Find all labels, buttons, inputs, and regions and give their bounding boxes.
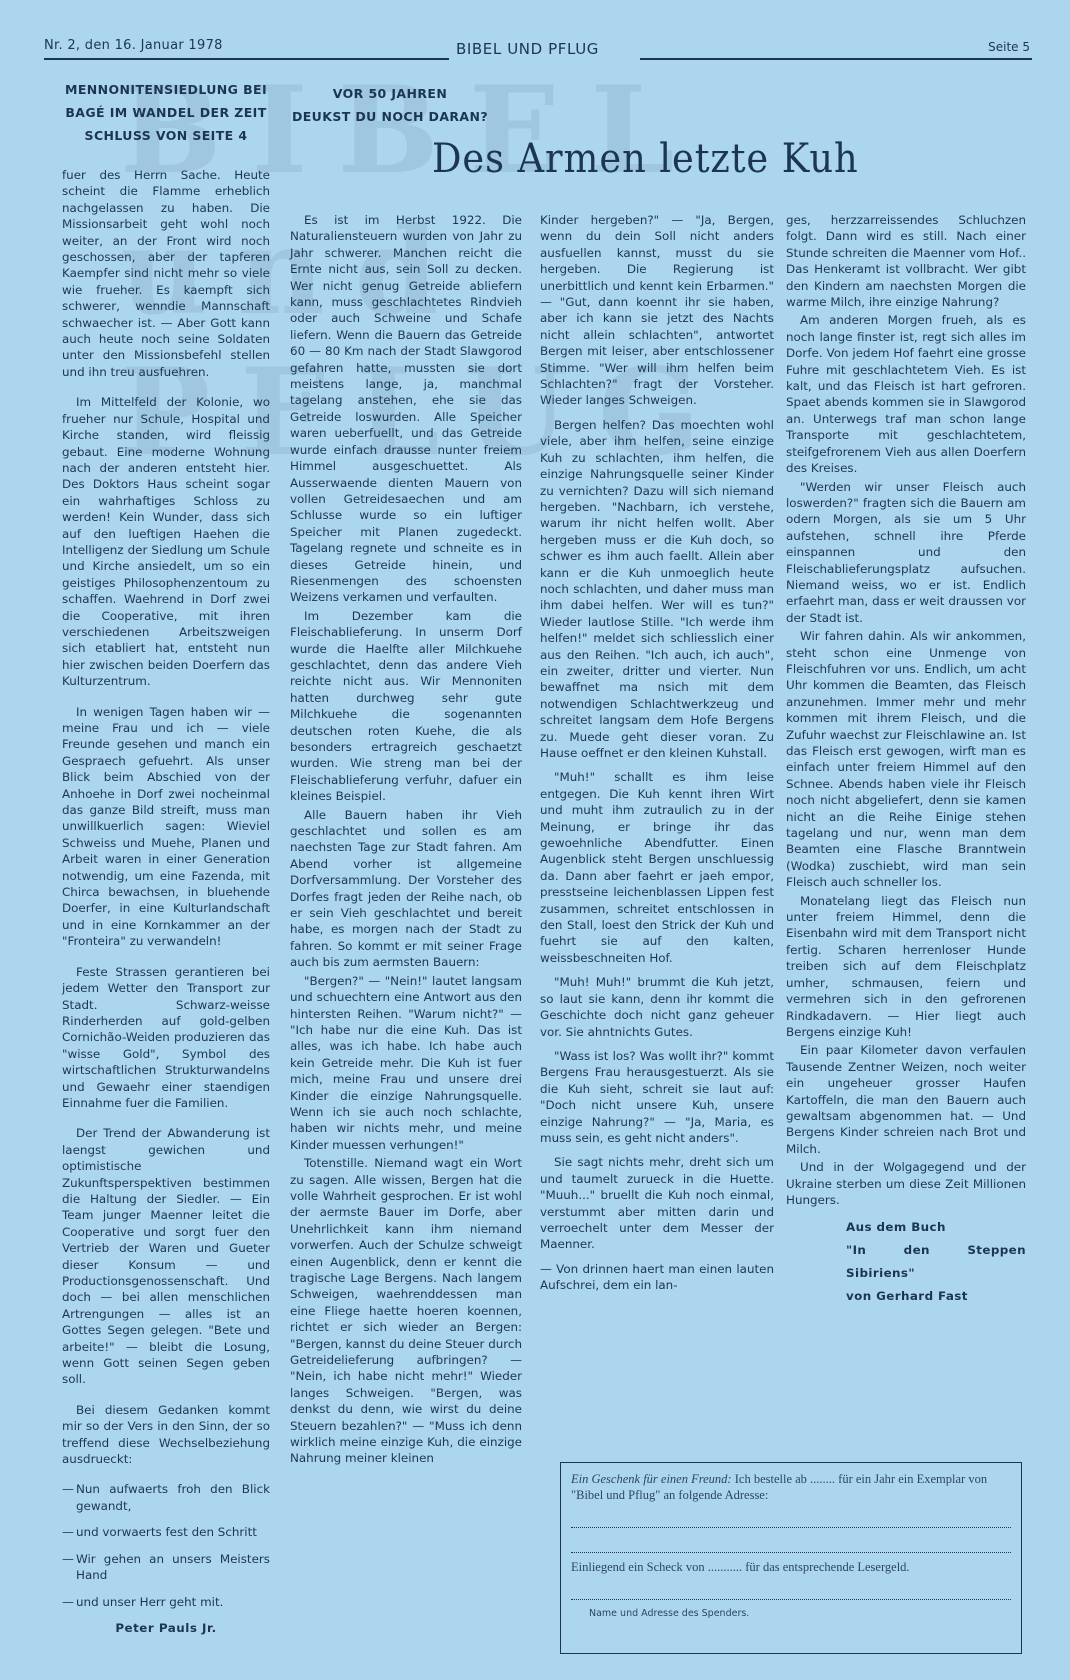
paragraph: Sie sagt nichts mehr, dreht sich um und … [540, 1154, 774, 1252]
gift-subscription-form: Ein Geschenk für einen Freund: Ich beste… [560, 1462, 1022, 1654]
verse-line: —und unser Herr geht mit. [62, 1594, 270, 1610]
source-line: von Gerhard Fast [846, 1285, 1026, 1308]
paragraph: "Muh!" schallt es ihm leise entgegen. Di… [540, 769, 774, 966]
source-line: "In den Steppen Sibiriens" [846, 1239, 1026, 1285]
masthead: BIBEL UND PFLUG [456, 40, 599, 58]
paragraph: ges, herzzarreissendes Schluchzen folgt.… [786, 212, 1026, 310]
check-line: Einliegend ein Scheck von ........... fü… [571, 1559, 1011, 1575]
paragraph: Alle Bauern haben ihr Vieh geschlachtet … [290, 807, 522, 971]
paragraph: Ein paar Kilometer davon verfaulen Tause… [786, 1042, 1026, 1157]
dash: — [62, 1481, 74, 1497]
paragraph: "Wass ist los? Was wollt ihr?" kommt Ber… [540, 1048, 774, 1146]
issue-date: Nr. 2, den 16. Januar 1978 [44, 38, 223, 53]
verse-text: Wir gehen an unsers Meisters Hand [76, 1552, 270, 1582]
kicker-line: DEUKST DU NOCH DARAN? [290, 105, 490, 128]
paragraph: Kinder hergeben?" — "Ja, Bergen, wenn du… [540, 212, 774, 409]
paragraph: Monatelang liegt das Fleisch nun unter f… [786, 893, 1026, 1041]
dash: — [62, 1594, 74, 1610]
form-lead: Ein Geschenk für einen Freund: [571, 1472, 732, 1486]
source-line: Aus dem Buch [846, 1216, 1026, 1239]
book-source: Aus dem Buch "In den Steppen Sibiriens" … [786, 1216, 1026, 1308]
author-signature: Peter Pauls Jr. [62, 1620, 270, 1636]
kicker-line: VOR 50 JAHREN [290, 82, 490, 105]
column-3: Kinder hergeben?" — "Ja, Bergen, wenn du… [540, 212, 774, 1302]
heading-line: SCHLUSS VON SEITE 4 [62, 124, 270, 147]
paragraph: Und in der Wolgagegend und der Ukraine s… [786, 1159, 1026, 1208]
article-kicker: VOR 50 JAHREN DEUKST DU NOCH DARAN? [290, 82, 490, 128]
paragraph: Es ist im Herbst 1922. Die Naturalienste… [290, 212, 522, 606]
column-1: MENNONITENSIEDLUNG BEI BAGÉ IM WANDEL DE… [62, 78, 270, 1636]
donor-line[interactable] [571, 1583, 1011, 1600]
paragraph: Am anderen Morgen frueh, als es noch lan… [786, 312, 1026, 476]
verse-line: —und vorwaerts fest den Schritt [62, 1524, 270, 1540]
donor-label: Name und Adresse des Spenders. [571, 1606, 1011, 1622]
heading-line: MENNONITENSIEDLUNG BEI [62, 78, 270, 101]
page-number: Seite 5 [988, 40, 1030, 54]
paragraph: "Bergen?" — "Nein!" lautet langsam und s… [290, 973, 522, 1153]
header-rule-right [640, 58, 1032, 60]
paragraph: Der Trend der Abwanderung ist laengst ge… [62, 1125, 270, 1388]
paragraph: Feste Strassen gerantieren bei jedem Wet… [62, 964, 270, 1112]
heading-line: BAGÉ IM WANDEL DER ZEIT [62, 101, 270, 124]
form-intro: Ein Geschenk für einen Freund: Ich beste… [571, 1471, 1011, 1503]
paragraph: — Von drinnen haert man einen lauten Auf… [540, 1261, 774, 1294]
paragraph: Totenstille. Niemand wagt ein Wort zu sa… [290, 1155, 522, 1467]
newspaper-page: BIBEL und PFLUG Nr. 2, den 16. Januar 19… [0, 0, 1070, 1680]
address-line-1[interactable] [571, 1511, 1011, 1528]
header-rule-left [44, 58, 449, 60]
dash: — [62, 1551, 74, 1567]
article-title: Des Armen letzte Kuh [432, 136, 859, 182]
verse: —Nun aufwaerts froh den Blick gewandt, —… [62, 1481, 270, 1609]
col1-heading: MENNONITENSIEDLUNG BEI BAGÉ IM WANDEL DE… [62, 78, 270, 147]
paragraph: Bei diesem Gedanken kommt mir so der Ver… [62, 1402, 270, 1468]
column-2: Es ist im Herbst 1922. Die Naturalienste… [290, 212, 522, 1469]
paragraph: Bergen helfen? Das moechten wohl viele, … [540, 417, 774, 762]
paragraph: Im Dezember kam die Fleischablieferung. … [290, 608, 522, 805]
paragraph: Wir fahren dahin. Als wir ankommen, steh… [786, 628, 1026, 891]
verse-text: und vorwaerts fest den Schritt [76, 1525, 257, 1539]
column-4: ges, herzzarreissendes Schluchzen folgt.… [786, 212, 1026, 1308]
dash: — [62, 1524, 74, 1540]
paragraph: Im Mittelfeld der Kolonie, wo frueher nu… [62, 394, 270, 689]
address-line-2[interactable] [571, 1536, 1011, 1553]
paragraph: fuer des Herrn Sache. Heute scheint die … [62, 167, 270, 380]
verse-line: —Wir gehen an unsers Meisters Hand [62, 1551, 270, 1584]
verse-text: Nun aufwaerts froh den Blick gewandt, [76, 1482, 270, 1512]
verse-line: —Nun aufwaerts froh den Blick gewandt, [62, 1481, 270, 1514]
paragraph: "Werden wir unser Fleisch auch loswerden… [786, 479, 1026, 627]
verse-text: und unser Herr geht mit. [76, 1595, 223, 1609]
paragraph: "Muh! Muh!" brummt die Kuh jetzt, so lau… [540, 974, 774, 1040]
paragraph: In wenigen Tagen haben wir — meine Frau … [62, 704, 270, 950]
